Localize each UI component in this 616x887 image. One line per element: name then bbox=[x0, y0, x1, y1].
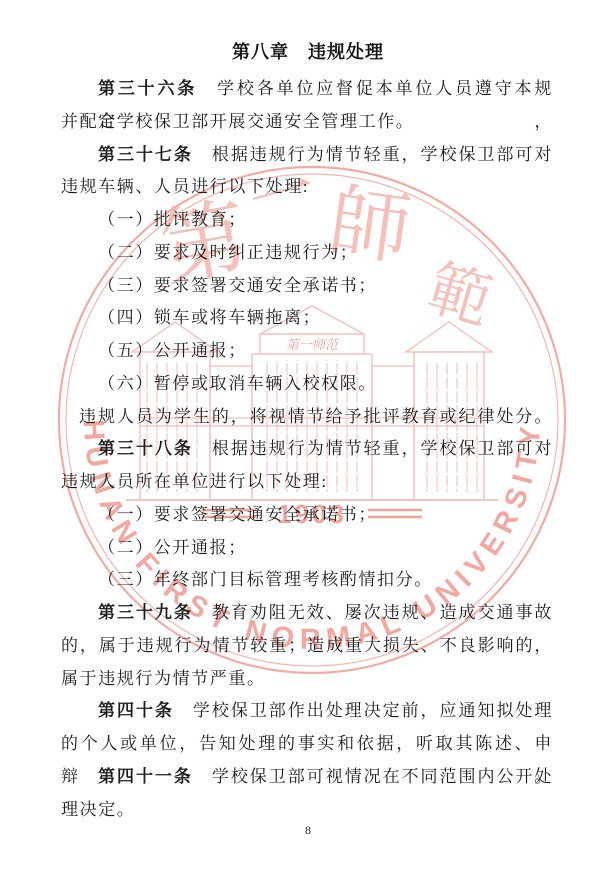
article-text: 根据违规行为情节轻重，学校保卫部可对 bbox=[193, 145, 553, 164]
text-line: 的，属于违规行为情节较重；造成重大损失、不良影响的， bbox=[61, 630, 553, 663]
article-text: 理决定。 bbox=[61, 800, 135, 819]
text-line: 第三十九条 教育劝阻无效、屡次违规、造成交通事故 bbox=[61, 597, 553, 630]
text-line: （一）要求签署交通安全承诺书； bbox=[61, 499, 553, 532]
text-line: 第四十条 学校保卫部作出处理决定前，应通知拟处理 bbox=[61, 695, 553, 728]
text-line: 违规人员为学生的，将视情节给予批评教育或纪律处分。 bbox=[61, 401, 553, 434]
article-number: 第四十条 bbox=[98, 701, 174, 720]
document-content: 第八章 违规处理 第三十六条 学校各单位应督促本单位人员遵守本规定，并配合学校保… bbox=[0, 0, 616, 887]
article-text: 并配合学校保卫部开展交通安全管理工作。 bbox=[61, 112, 414, 131]
text-line: 第三十八条 根据违规行为情节轻重，学校保卫部可对 bbox=[61, 433, 553, 466]
text-lines: 第三十六条 学校各单位应督促本单位人员遵守本规定，并配合学校保卫部开展交通安全管… bbox=[61, 73, 553, 826]
article-text: （一）批评教育； bbox=[98, 210, 247, 229]
article-number: 第三十八条 bbox=[98, 439, 193, 458]
article-number: 第三十七条 bbox=[98, 145, 193, 164]
text-line: （五）公开通报； bbox=[61, 335, 553, 368]
article-text: （一）要求签署交通安全承诺书； bbox=[98, 505, 377, 524]
article-text: 学校保卫部可视情况在不同范围内公开处 bbox=[193, 767, 553, 786]
text-line: （四）锁车或将车辆拖离； bbox=[61, 302, 553, 335]
article-text: 违规人员所在单位进行以下处理: bbox=[61, 472, 328, 491]
text-line: 第四十一条 学校保卫部可视情况在不同范围内公开处 bbox=[61, 761, 553, 794]
article-text: （三）要求签署交通安全承诺书； bbox=[98, 276, 377, 295]
article-text: （六）暂停或取消车辆入校权限。 bbox=[98, 374, 377, 393]
chapter-title: 第八章 违规处理 bbox=[0, 38, 616, 64]
text-line: （六）暂停或取消车辆入校权限。 bbox=[61, 368, 553, 401]
article-text: 违规人员为学生的，将视情节给予批评教育或纪律处分。 bbox=[79, 407, 553, 426]
text-line: （一）批评教育； bbox=[61, 204, 553, 237]
text-line: 第三十七条 根据违规行为情节轻重，学校保卫部可对 bbox=[61, 139, 553, 172]
page-number: 8 bbox=[0, 823, 616, 838]
document-page: HUNAN FIRST NORMAL UNIVERSITY 第 一 師 範 bbox=[0, 0, 616, 887]
article-text: （二）要求及时纠正违规行为； bbox=[98, 243, 358, 262]
article-number: 第三十九条 bbox=[98, 603, 193, 622]
text-line: 理决定。 bbox=[61, 794, 553, 827]
article-number: 第四十一条 bbox=[98, 767, 193, 786]
article-text: 教育劝阻无效、屡次违规、造成交通事故 bbox=[193, 603, 553, 622]
text-line: 第三十六条 学校各单位应督促本单位人员遵守本规定， bbox=[61, 73, 553, 106]
article-text: （三）年终部门目标管理考核酌情扣分。 bbox=[98, 570, 433, 589]
article-text: （二）公开通报； bbox=[98, 538, 247, 557]
article-text: 根据违规行为情节轻重，学校保卫部可对 bbox=[193, 439, 553, 458]
text-line: 违规车辆、人员进行以下处理: bbox=[61, 171, 553, 204]
article-text: 属于违规行为情节严重。 bbox=[61, 669, 266, 688]
text-line: （二）公开通报； bbox=[61, 532, 553, 565]
text-line: 的个人或单位，告知处理的事实和依据，听取其陈述、申辩。 bbox=[61, 728, 553, 761]
article-text: 学校保卫部作出处理决定前，应通知拟处理 bbox=[174, 701, 553, 720]
article-text: 的，属于违规行为情节较重；造成重大损失、不良影响的， bbox=[61, 636, 553, 655]
text-line: 属于违规行为情节严重。 bbox=[61, 663, 553, 696]
text-line: （三）年终部门目标管理考核酌情扣分。 bbox=[61, 564, 553, 597]
text-line: （二）要求及时纠正违规行为； bbox=[61, 237, 553, 270]
article-number: 第三十六条 bbox=[98, 79, 197, 98]
text-line: 违规人员所在单位进行以下处理: bbox=[61, 466, 553, 499]
article-text: 违规车辆、人员进行以下处理: bbox=[61, 177, 309, 196]
article-text: （四）锁车或将车辆拖离； bbox=[98, 308, 321, 327]
text-line: （三）要求签署交通安全承诺书； bbox=[61, 270, 553, 303]
article-text: （五）公开通报； bbox=[98, 341, 247, 360]
